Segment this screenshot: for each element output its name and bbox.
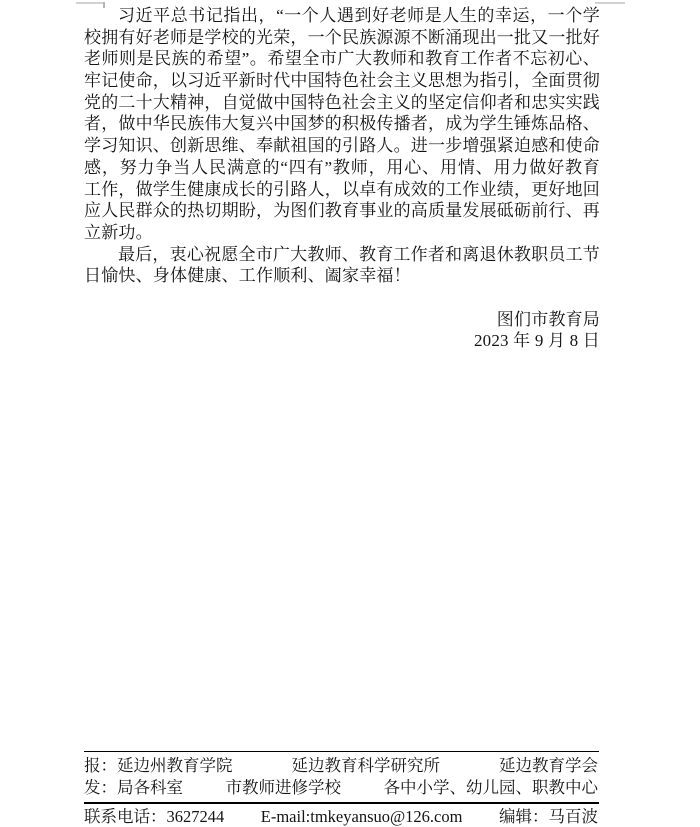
footer-distribution-segment: 市教师进修学校 — [226, 777, 342, 799]
footer-report-segment: 延边教育科学研究所 — [292, 755, 441, 777]
body-text-line: 习近平总书记指出，“一个人遇到好老师是人生的幸运，一个学 — [84, 5, 600, 27]
signature-line: 图们市教育局 — [84, 309, 600, 331]
footer-report-segment: 延边教育学会 — [499, 755, 598, 777]
footer-distribution-segment: 发：局各科室 — [84, 777, 183, 799]
footer-distribution-row: 发：局各科室市教师进修学校各中小学、幼儿园、职教中心 — [84, 777, 598, 799]
body-text-line: 日愉快、身体健康、工作顺利、阖家幸福！ — [84, 265, 600, 287]
footer-report-row: 报：延边州教育学院延边教育科学研究所延边教育学会 — [84, 755, 598, 777]
letter-body: 习近平总书记指出，“一个人遇到好老师是人生的幸运，一个学校拥有好老师是学校的光荣… — [84, 5, 600, 352]
footer-contact-segment: E-mail:tmkeyansuo@126.com — [261, 806, 463, 827]
body-text-line: 工作，做学生健康成长的引路人，以卓有成效的工作业绩，更好地回 — [84, 179, 600, 201]
document-page: 习近平总书记指出，“一个人遇到好老师是人生的幸运，一个学校拥有好老师是学校的光荣… — [0, 0, 700, 827]
date-line: 2023 年 9 月 8 日 — [84, 330, 600, 352]
footer-contact-segment: 联系电话：3627244 — [84, 806, 224, 827]
footer-distribution-segment: 各中小学、幼儿园、职教中心 — [384, 777, 599, 799]
blank-line — [84, 287, 600, 309]
footer-contact-segment: 编辑：马百波 — [499, 806, 598, 827]
body-text-line: 最后，衷心祝愿全市广大教师、教育工作者和离退休教职员工节 — [84, 244, 600, 266]
page-margin-mark-top-right-horizontal — [595, 2, 625, 4]
body-text-line: 应人民群众的热切期盼，为图们教育事业的高质量发展砥砺前行、再 — [84, 200, 600, 222]
letter-footer: 报：延边州教育学院延边教育科学研究所延边教育学会 发：局各科室市教师进修学校各中… — [84, 751, 600, 827]
body-text-line: 者，做中华民族伟大复兴中国梦的积极传播者，成为学生锤炼品格、 — [84, 113, 600, 135]
footer-report-segment: 报：延边州教育学院 — [84, 755, 233, 777]
body-text-line: 感，努力争当人民满意的“四有”教师，用心、用情、用力做好教育 — [84, 157, 600, 179]
footer-top-rule — [84, 751, 599, 752]
body-text-line: 学习知识、创新思维、奉献祖国的引路人。进一步增强紧迫感和使命 — [84, 135, 600, 157]
body-text-line: 党的二十大精神，自觉做中国特色社会主义的坚定信仰者和忠实实践 — [84, 92, 600, 114]
footer-middle-rule — [84, 802, 599, 804]
body-text-line: 老师则是民族的希望”。希望全市广大教师和教育工作者不忘初心、 — [84, 48, 600, 70]
page-margin-mark-top-left-horizontal — [76, 2, 104, 4]
body-text-line: 校拥有好老师是学校的光荣，一个民族源源不断涌现出一批又一批好 — [84, 27, 600, 49]
body-text-line: 立新功。 — [84, 222, 600, 244]
footer-contact-row: 联系电话：3627244E-mail:tmkeyansuo@126.com编辑：… — [84, 806, 598, 827]
body-text-line: 牢记使命，以习近平新时代中国特色社会主义思想为指引，全面贯彻 — [84, 70, 600, 92]
paragraph-closing-wishes: 最后，衷心祝愿全市广大教师、教育工作者和离退休教职员工节日愉快、身体健康、工作顺… — [84, 244, 600, 287]
paragraph-quote-and-expectations: 习近平总书记指出，“一个人遇到好老师是人生的幸运，一个学校拥有好老师是学校的光荣… — [84, 5, 600, 244]
